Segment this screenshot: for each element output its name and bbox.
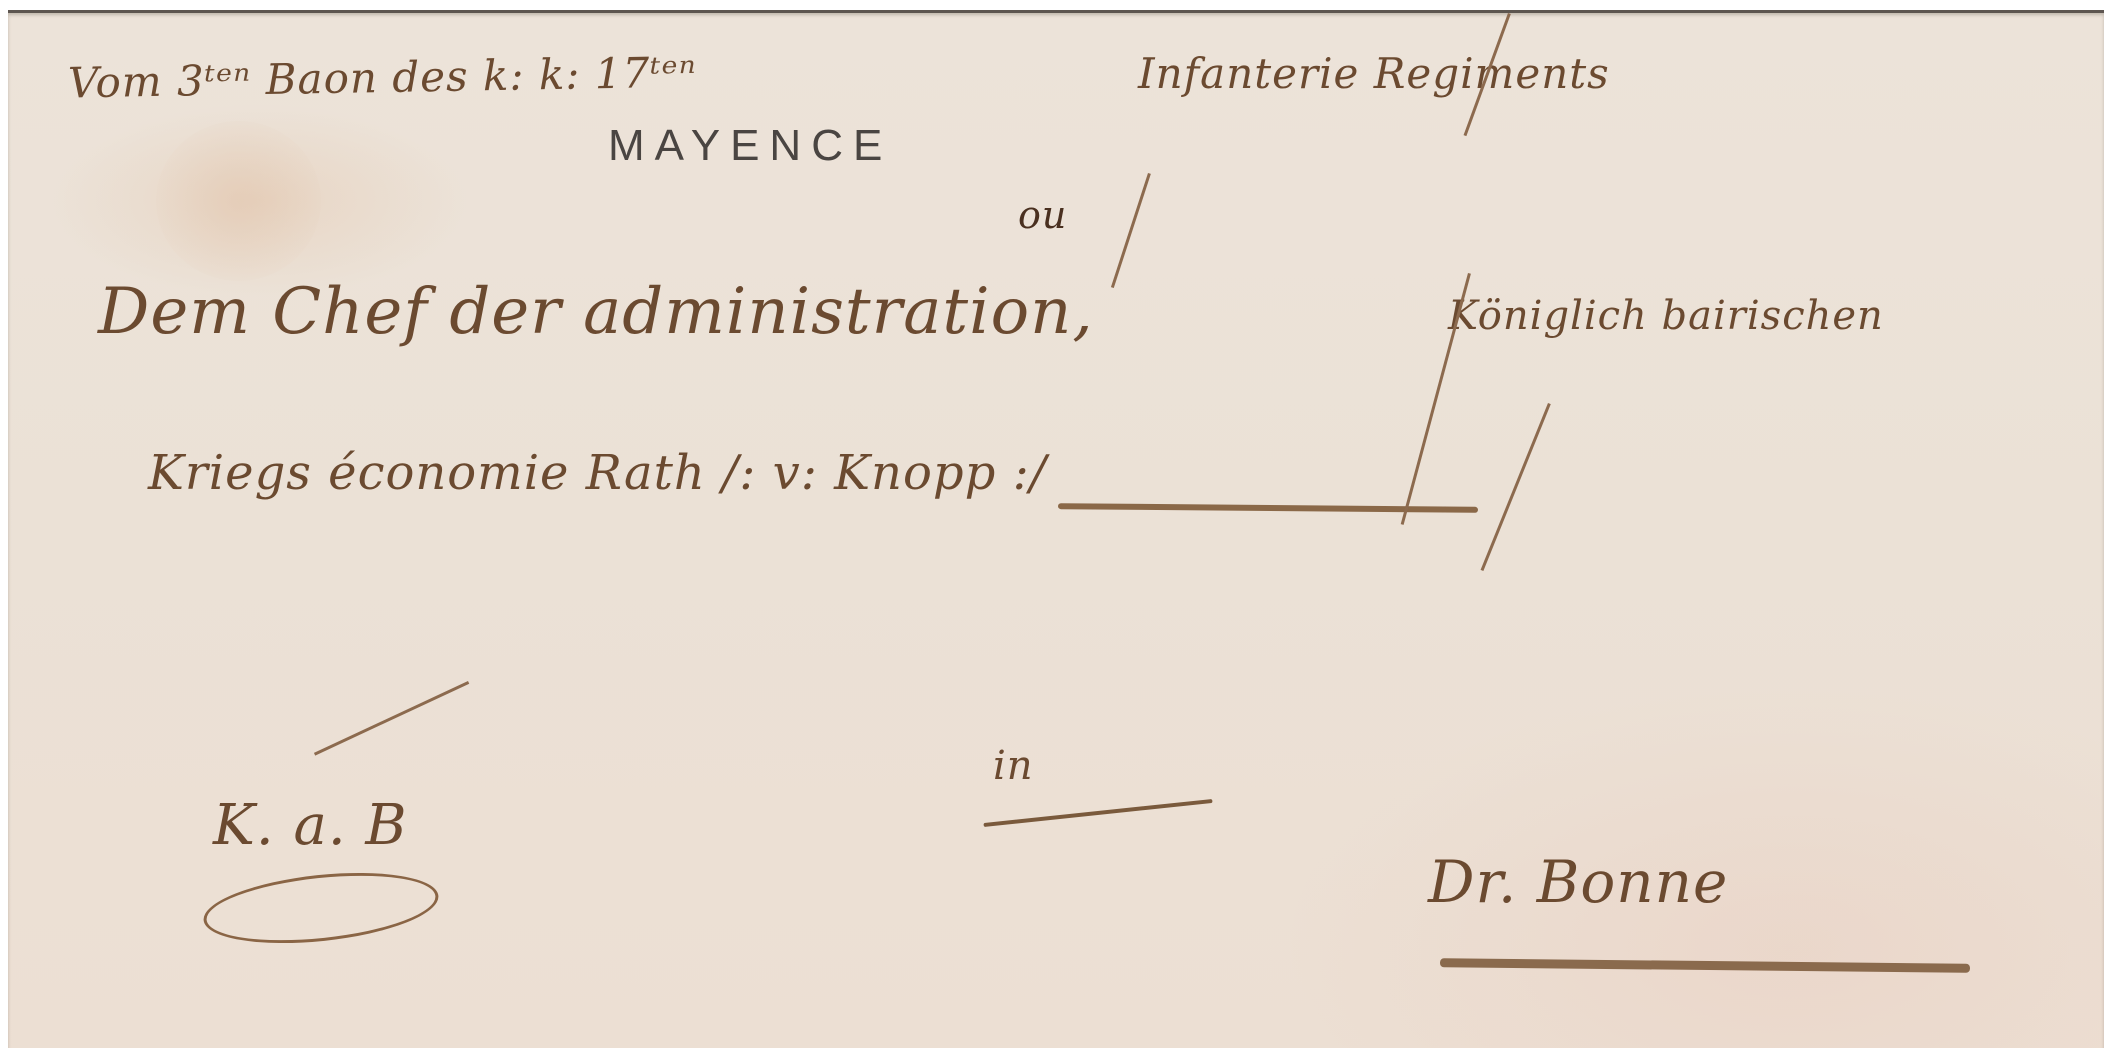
pen-stroke — [1111, 173, 1151, 288]
order-mark: ou — [1018, 193, 1067, 237]
place-underline — [1058, 503, 1478, 513]
pen-stroke — [1481, 403, 1551, 571]
left-initials: K. a. B — [213, 793, 408, 858]
address-line-2: Kriegs économie Rath /: v: Knopp :/ — [148, 445, 1047, 501]
pen-stroke — [1401, 273, 1471, 525]
sender-line: Vom 3ᵗᵉⁿ Baon des k: k: 17ᵗᵉⁿ — [68, 48, 698, 108]
left-stroke — [314, 681, 469, 756]
signature: Dr. Bonne — [1428, 848, 1728, 916]
letter-sheet: Vom 3ᵗᵉⁿ Baon des k: k: 17ᵗᵉⁿ Infanterie… — [8, 10, 2104, 1048]
left-flourish — [200, 863, 442, 953]
address-line-1: Dem Chef der administration, — [98, 275, 1094, 349]
middle-stroke — [983, 799, 1212, 827]
seal-stain — [156, 121, 321, 281]
middle-mark: in — [993, 743, 1034, 789]
postmark-stamp: MAYENCE — [608, 121, 892, 171]
signature-underline — [1440, 958, 1970, 973]
sender-line-regiment: Infanterie Regiments — [1138, 49, 1610, 98]
address-line-1-extra: Königlich bairischen — [1448, 293, 1884, 339]
